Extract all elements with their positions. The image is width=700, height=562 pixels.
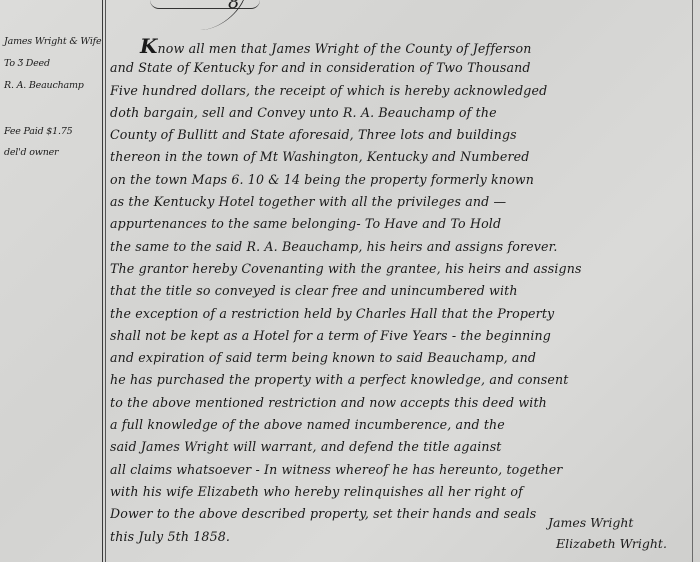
deed-line: with his wife Elizabeth who hereby relin… [110, 481, 690, 503]
margin-parties-line-1: James Wright & Wife [4, 36, 102, 48]
signature-wife: Elizabeth Wright. [548, 533, 688, 554]
deed-line: and expiration of said term being known … [110, 347, 690, 369]
right-edge-rule [692, 0, 693, 562]
margin-parties-line-3: R. A. Beauchamp [4, 80, 102, 92]
deed-line: and State of Kentucky for and in conside… [110, 57, 690, 79]
deed-line: said James Wright will warrant, and defe… [110, 436, 690, 458]
deed-line: doth bargain, sell and Convey unto R. A.… [110, 102, 690, 124]
margin-delivered: del'd owner [4, 147, 102, 159]
deed-line: that the title so conveyed is clear free… [110, 280, 690, 302]
deed-line: as the Kentucky Hotel together with all … [110, 191, 690, 213]
deed-line: he has purchased the property with a per… [110, 369, 690, 391]
deed-line: thereon in the town of Mt Washington, Ke… [110, 146, 690, 168]
deed-line: all claims whatsoever - In witness where… [110, 459, 690, 481]
deed-line: County of Bullitt and State aforesaid, T… [110, 124, 690, 146]
deed-line: shall not be kept as a Hotel for a term … [110, 325, 690, 347]
deed-line: the same to the said R. A. Beauchamp, hi… [110, 236, 690, 258]
margin-rule-inner [105, 0, 106, 562]
page-mark: 8 [228, 0, 239, 13]
deed-line: on the town Maps 6. 10 & 14 being the pr… [110, 169, 690, 191]
deed-body: Know all men that James Wright of the Co… [110, 35, 690, 548]
deed-line: Know all men that James Wright of the Co… [110, 35, 690, 57]
margin-rule [102, 0, 103, 562]
deed-line: The grantor hereby Covenanting with the … [110, 258, 690, 280]
signature-grantor: James Wright [548, 512, 688, 533]
deed-line: appurtenances to the same belonging- To … [110, 213, 690, 235]
margin-parties-line-2: To Ʒ Deed [4, 58, 102, 70]
deed-line: Five hundred dollars, the receipt of whi… [110, 80, 690, 102]
signature-block: James Wright Elizabeth Wright. [548, 512, 688, 554]
deed-line: a full knowledge of the above named incu… [110, 414, 690, 436]
deed-line: the exception of a restriction held by C… [110, 303, 690, 325]
margin-fee-paid: Fee Paid $1.75 [4, 126, 102, 138]
deed-line: to the above mentioned restriction and n… [110, 392, 690, 414]
deed-page: 8 James Wright & Wife To Ʒ Deed R. A. Be… [0, 0, 700, 562]
opening-capital: K [140, 35, 158, 57]
